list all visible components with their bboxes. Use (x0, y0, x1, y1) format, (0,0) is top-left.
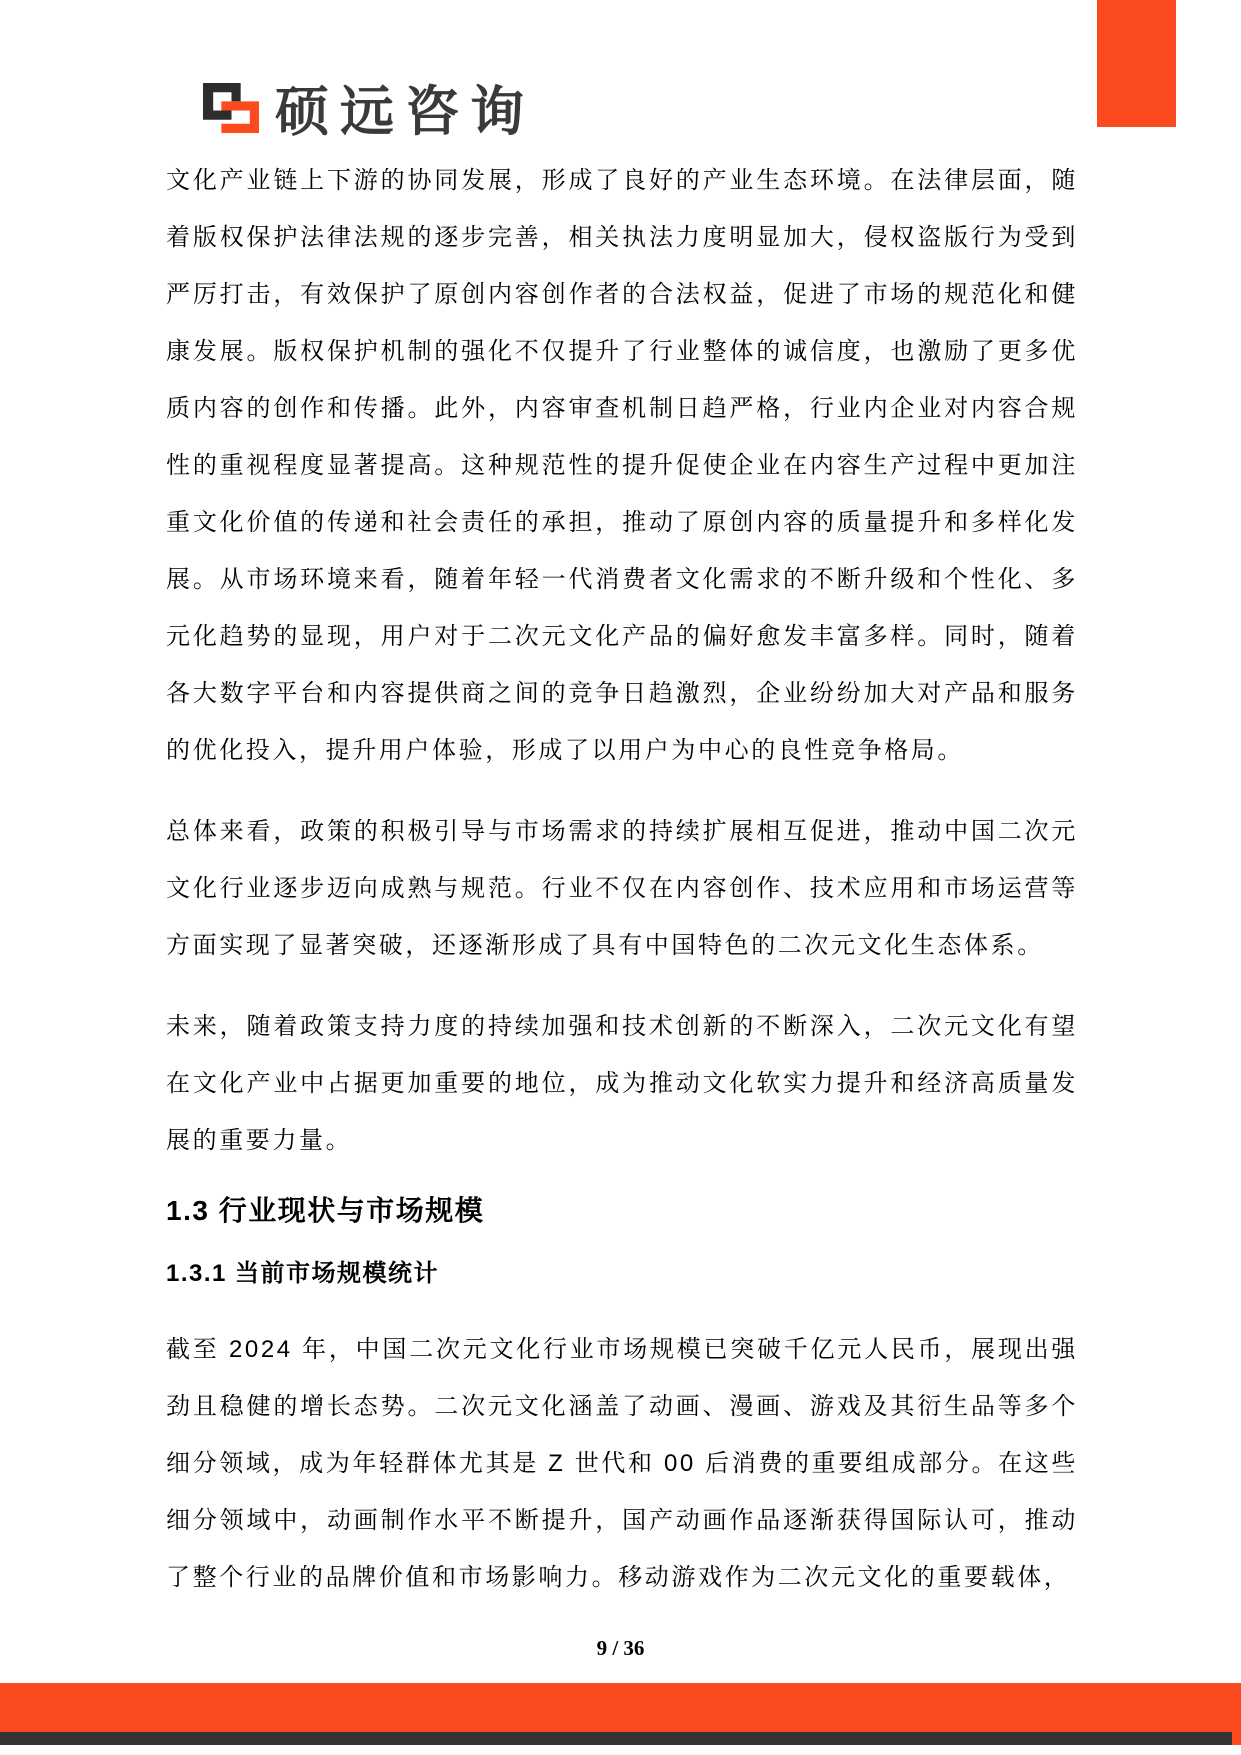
brand-wordmark: 硕远咨询 (275, 69, 535, 146)
document-page: 硕远咨询 文化产业链上下游的协同发展，形成了良好的产业生态环境。在法律层面，随着… (0, 0, 1241, 1755)
page-content: 文化产业链上下游的协同发展，形成了良好的产业生态环境。在法律层面，随着版权保护法… (166, 152, 1078, 1630)
body-paragraph: 截至 2024 年，中国二次元文化行业市场规模已突破千亿元人民币，展现出强劲且稳… (166, 1321, 1078, 1606)
brand-header: 硕远咨询 (203, 69, 535, 146)
footer-accent-bars (0, 1683, 1241, 1745)
brand-logo-icon (203, 83, 259, 133)
corner-accent-rect (1097, 0, 1176, 127)
body-paragraph: 总体来看，政策的积极引导与市场需求的持续扩展相互促进，推动中国二次元文化行业逐步… (166, 803, 1078, 974)
body-paragraph: 未来，随着政策支持力度的持续加强和技术创新的不断深入，二次元文化有望在文化产业中… (166, 998, 1078, 1169)
section-heading: 1.3 行业现状与市场规模 (166, 1193, 1078, 1229)
subsection-heading: 1.3.1 当前市场规模统计 (166, 1259, 1078, 1289)
page-number: 9 / 36 (0, 1636, 1241, 1661)
body-paragraph: 文化产业链上下游的协同发展，形成了良好的产业生态环境。在法律层面，随着版权保护法… (166, 152, 1078, 779)
footer-dark-bar (0, 1732, 1232, 1745)
